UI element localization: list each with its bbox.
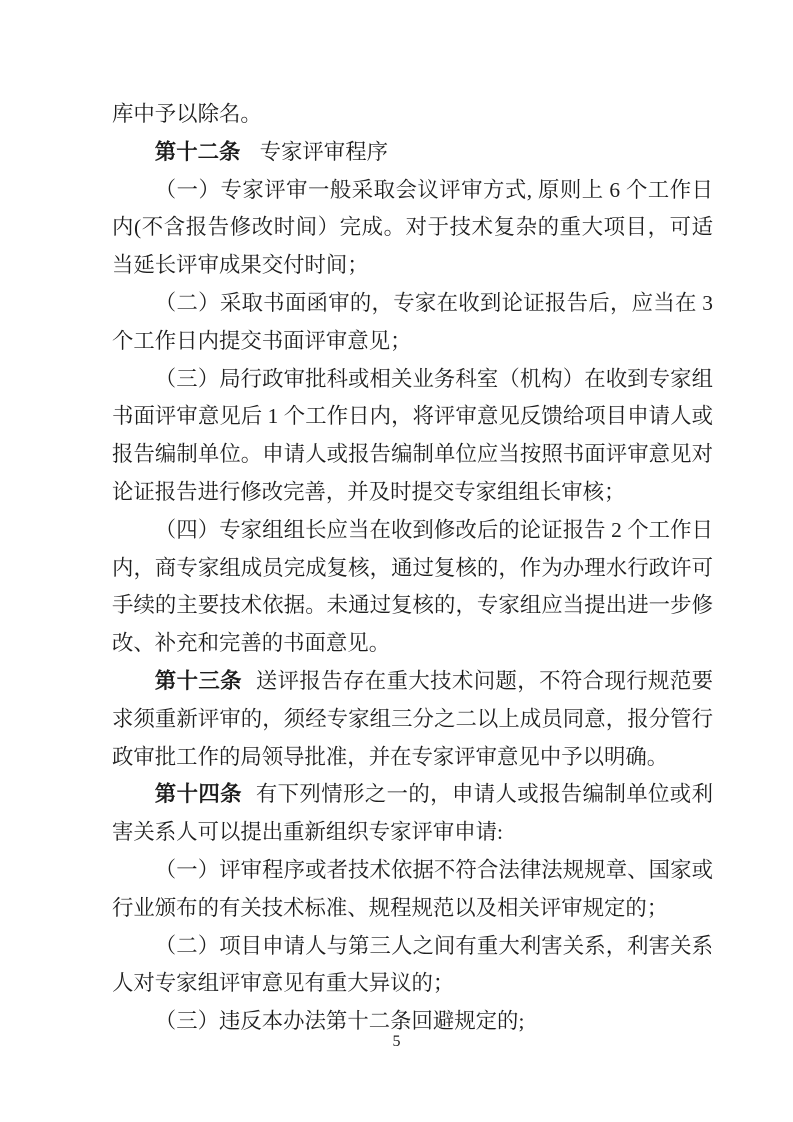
- paragraph-item-1b: （一）评审程序或者技术依据不符合法律法规规章、国家或行业颁布的有关技术标准、规程…: [112, 852, 713, 928]
- paragraph-item-4: （四）专家组组长应当在收到修改后的论证报告 2 个工作日内，商专家组成员完成复核…: [112, 512, 713, 663]
- paragraph-item-3: （三）局行政审批科或相关业务科室（机构）在收到专家组书面评审意见后 1 个工作日…: [112, 361, 713, 512]
- paragraph-text: 库中予以除名。: [112, 102, 262, 126]
- paragraph-article-14: 第十四条有下列情形之一的，申请人或报告编制单位或利害关系人可以提出重新组织专家评…: [112, 776, 713, 852]
- paragraph-article-13: 第十三条送评报告存在重大技术问题，不符合现行规范要求须重新评审的，须经专家组三分…: [112, 663, 713, 776]
- paragraph-item-2: （二）采取书面函审的，专家在收到论证报告后，应当在 3 个工作日内提交书面评审意…: [112, 285, 713, 361]
- paragraph-text: （三）局行政审批科或相关业务科室（机构）在收到专家组书面评审意见后 1 个工作日…: [112, 367, 713, 504]
- article-title: 专家评审程序: [260, 140, 388, 164]
- document-page: 库中予以除名。 第十二条专家评审程序 （一）专家评审一般采取会议评审方式, 原则…: [0, 0, 793, 1122]
- paragraph-item-2b: （二）项目申请人与第三人之间有重大利害关系，利害关系人对专家组评审意见有重大异议…: [112, 928, 713, 1004]
- page-number: 5: [0, 1033, 793, 1051]
- paragraph-continuation: 库中予以除名。: [112, 96, 713, 134]
- document-body: 库中予以除名。 第十二条专家评审程序 （一）专家评审一般采取会议评审方式, 原则…: [112, 96, 713, 1041]
- paragraph-text: （三）违反本办法第十二条回避规定的;: [155, 1009, 525, 1033]
- article-number: 第十三条: [155, 669, 242, 693]
- paragraph-text: （一）评审程序或者技术依据不符合法律法规规章、国家或行业颁布的有关技术标准、规程…: [112, 858, 713, 920]
- paragraph-text: （二）采取书面函审的，专家在收到论证报告后，应当在 3 个工作日内提交书面评审意…: [112, 291, 713, 353]
- article-number: 第十二条: [155, 140, 241, 164]
- paragraph-item-1: （一）专家评审一般采取会议评审方式, 原则上 6 个工作日内(不含报告修改时间）…: [112, 172, 713, 285]
- paragraph-text: （一）专家评审一般采取会议评审方式, 原则上 6 个工作日内(不含报告修改时间）…: [112, 178, 713, 278]
- paragraph-text: （四）专家组组长应当在收到修改后的论证报告 2 个工作日内，商专家组成员完成复核…: [112, 518, 713, 655]
- paragraph-text: （二）项目申请人与第三人之间有重大利害关系，利害关系人对专家组评审意见有重大异议…: [112, 934, 713, 996]
- paragraph-article-12: 第十二条专家评审程序: [112, 134, 713, 172]
- article-number: 第十四条: [155, 782, 242, 806]
